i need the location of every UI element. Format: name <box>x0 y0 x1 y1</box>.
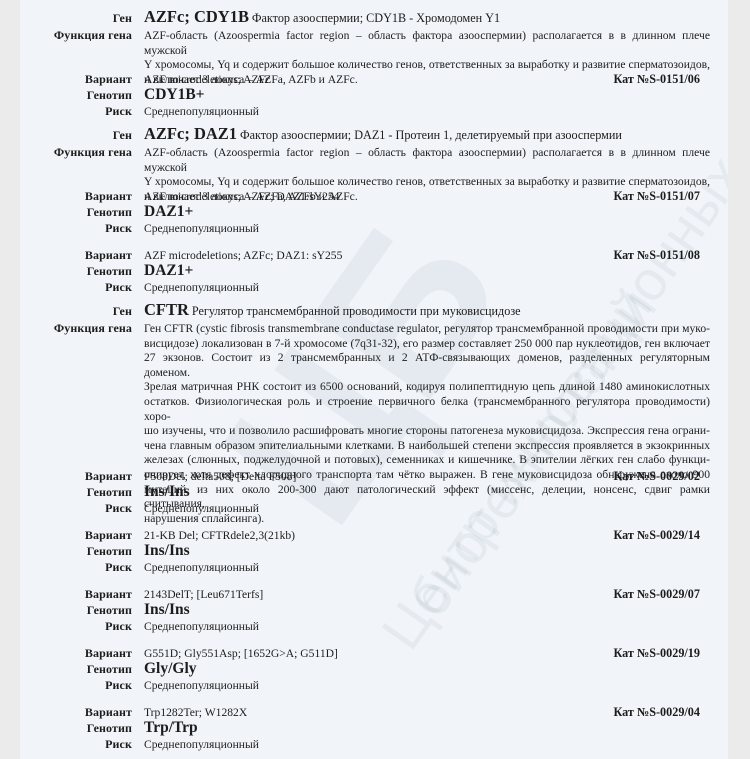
gene-label: Ген <box>20 11 144 26</box>
function-label: Функция гена <box>20 28 144 43</box>
genotype-value: Ins/Ins <box>144 484 728 500</box>
genotype-value: Ins/Ins <box>144 602 728 618</box>
genotype-label: Генотип <box>20 485 144 500</box>
risk-row: Риск Среднепопуляционный <box>20 737 728 753</box>
catalog-number: Кат №S-0029/04 <box>613 705 700 720</box>
genotype-row: Генотип DAZ1+ <box>20 204 728 220</box>
genotype-label: Генотип <box>20 603 144 618</box>
variant-label: Вариант <box>20 72 144 87</box>
risk-value: Среднепопуляционный <box>144 280 728 296</box>
report-page: ЦБ Центр инновационных биотехнологий Ген… <box>20 0 728 759</box>
variant-label: Вариант <box>20 587 144 602</box>
variant-row: Вариант Trp1282Ter; W1282X Кат №S-0029/0… <box>20 705 728 721</box>
genotype-value: Gly/Gly <box>144 661 728 677</box>
variant-label: Вариант <box>20 705 144 720</box>
genotype-row: Генотип Ins/Ins <box>20 602 728 618</box>
risk-value: Среднепопуляционный <box>144 619 728 635</box>
variant-row: Вариант AZF microdeletions; AZFc; DAZ1:s… <box>20 189 728 205</box>
gene-code: AZFc; DAZ1 <box>144 124 237 143</box>
risk-row: Риск Среднепопуляционный <box>20 501 728 517</box>
risk-row: Риск Среднепопуляционный <box>20 104 728 120</box>
genotype-label: Генотип <box>20 544 144 559</box>
genotype-label: Генотип <box>20 205 144 220</box>
genotype-label: Генотип <box>20 264 144 279</box>
catalog-number: Кат №S-0151/08 <box>613 248 700 263</box>
catalog-number: Кат №S-0151/07 <box>613 189 700 204</box>
genotype-row: Генотип Ins/Ins <box>20 484 728 500</box>
variant-label: Вариант <box>20 646 144 661</box>
risk-label: Риск <box>20 619 144 634</box>
risk-label: Риск <box>20 560 144 575</box>
gene-name: Регулятор трансмембранной проводимости п… <box>192 304 521 318</box>
genotype-row: Генотип Ins/Ins <box>20 543 728 559</box>
gene-code: AZFc; CDY1B <box>144 7 249 26</box>
variant-row: Вариант 21-KB Del; CFTRdele2,3(21kb) Кат… <box>20 528 728 544</box>
function-label: Функция гена <box>20 321 144 336</box>
catalog-number: Кат №S-0029/02 <box>613 469 700 484</box>
risk-label: Риск <box>20 221 144 236</box>
risk-row: Риск Среднепопуляционный <box>20 619 728 635</box>
catalog-number: Кат №S-0029/19 <box>613 646 700 661</box>
catalog-number: Кат №S-0029/07 <box>613 587 700 602</box>
gene-row: Ген CFTR Регулятор трансмембранной прово… <box>20 302 728 320</box>
risk-value: Среднепопуляционный <box>144 501 728 517</box>
genotype-row: Генотип Trp/Trp <box>20 720 728 736</box>
risk-value: Среднепопуляционный <box>144 221 728 237</box>
variant-row: Вариант AZF microdeletions; AZFc Кат №S-… <box>20 72 728 88</box>
genotype-row: Генотип DAZ1+ <box>20 263 728 279</box>
variant-label: Вариант <box>20 469 144 484</box>
gene-name: Фактор азооспермии; DAZ1 - Протеин 1, де… <box>240 128 622 142</box>
genotype-row: Генотип CDY1B+ <box>20 87 728 103</box>
catalog-number: Кат №S-0029/14 <box>613 528 700 543</box>
variant-row: Вариант F508Del; delta508; [Delta F508] … <box>20 469 728 485</box>
risk-row: Риск Среднепопуляционный <box>20 678 728 694</box>
risk-value: Среднепопуляционный <box>144 104 728 120</box>
genotype-label: Генотип <box>20 721 144 736</box>
risk-value: Среднепопуляционный <box>144 560 728 576</box>
risk-label: Риск <box>20 737 144 752</box>
variant-row: Вариант G551D; Gly551Asp; [1652G>A; G511… <box>20 646 728 662</box>
genotype-row: Генотип Gly/Gly <box>20 661 728 677</box>
variant-label: Вариант <box>20 189 144 204</box>
variant-label: Вариант <box>20 528 144 543</box>
gene-label: Ген <box>20 304 144 319</box>
genotype-value: Trp/Trp <box>144 720 728 736</box>
risk-label: Риск <box>20 280 144 295</box>
risk-value: Среднепопуляционный <box>144 678 728 694</box>
variant-row: Вариант 2143DelT; [Leu671Terfs] Кат №S-0… <box>20 587 728 603</box>
genotype-label: Генотип <box>20 662 144 677</box>
genotype-value: DAZ1+ <box>144 204 728 220</box>
genotype-value: DAZ1+ <box>144 263 728 279</box>
gene-name: Фактор азооспермии; CDY1B - Хромодомен Y… <box>252 11 500 25</box>
catalog-number: Кат №S-0151/06 <box>613 72 700 87</box>
genotype-value: CDY1B+ <box>144 87 728 103</box>
variant-label: Вариант <box>20 248 144 263</box>
gene-row: Ген AZFc; DAZ1 Фактор азооспермии; DAZ1 … <box>20 126 728 144</box>
gene-row: Ген AZFc; CDY1B Фактор азооспермии; CDY1… <box>20 9 728 27</box>
gene-code: CFTR <box>144 300 189 319</box>
risk-row: Риск Среднепопуляционный <box>20 560 728 576</box>
function-label: Функция гена <box>20 145 144 160</box>
variant-row: Вариант AZF microdeletions; AZFc; DAZ1: … <box>20 248 728 264</box>
risk-row: Риск Среднепопуляционный <box>20 221 728 237</box>
risk-row: Риск Среднепопуляционный <box>20 280 728 296</box>
risk-label: Риск <box>20 104 144 119</box>
gene-label: Ген <box>20 128 144 143</box>
risk-label: Риск <box>20 678 144 693</box>
risk-value: Среднепопуляционный <box>144 737 728 753</box>
genotype-label: Генотип <box>20 88 144 103</box>
genotype-value: Ins/Ins <box>144 543 728 559</box>
risk-label: Риск <box>20 501 144 516</box>
